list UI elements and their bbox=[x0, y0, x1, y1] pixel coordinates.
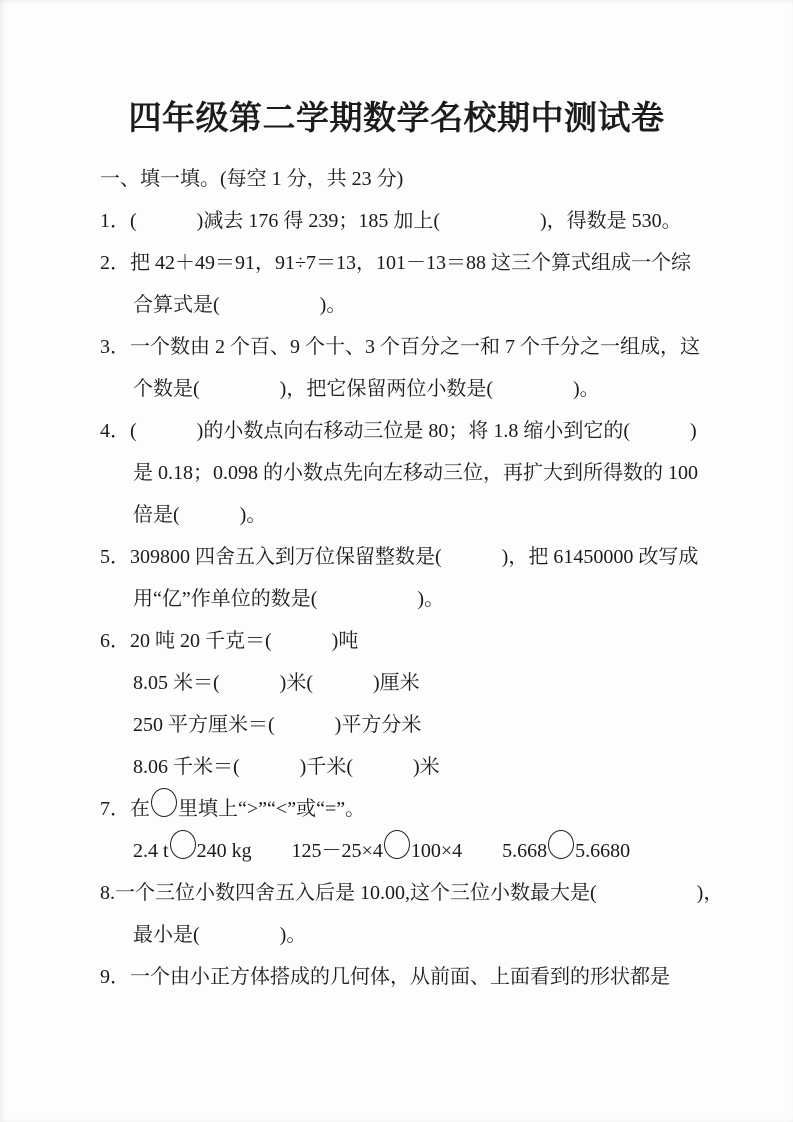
question-line: 2.4 t240 kg 125－25×4100×4 5.6685.6680 bbox=[100, 830, 705, 872]
comparison-circle bbox=[548, 830, 574, 859]
question-line: 用“亿”作单位的数是( )。 bbox=[100, 578, 705, 620]
question-line: 6．20 吨 20 千克＝( )吨 bbox=[100, 620, 705, 662]
question-line: 合算式是( )。 bbox=[100, 284, 705, 326]
question-line: 8.05 米＝( )米( )厘米 bbox=[100, 662, 705, 704]
section-heading: 一、填一填。(每空 1 分，共 23 分) bbox=[100, 158, 705, 200]
question-line: 个数是( )，把它保留两位小数是( )。 bbox=[100, 368, 705, 410]
question-4: 4．( )的小数点向右移动三位是 80；将 1.8 缩小到它的( )是 0.18… bbox=[100, 410, 705, 536]
question-line: 最小是( )。 bbox=[100, 914, 705, 956]
question-7: 7．在里填上“>”“<”或“=”。2.4 t240 kg 125－25×4100… bbox=[100, 788, 705, 872]
comparison-circle bbox=[384, 830, 410, 859]
question-line: 1．( )减去 176 得 239；185 加上( )，得数是 530。 bbox=[100, 200, 705, 242]
question-line: 7．在里填上“>”“<”或“=”。 bbox=[100, 788, 705, 830]
question-line: 8.06 千米＝( )千米( )米 bbox=[100, 746, 705, 788]
question-5: 5．309800 四舍五入到万位保留整数是( )，把 61450000 改写成用… bbox=[100, 536, 705, 620]
page-content: 一、填一填。(每空 1 分，共 23 分) 1．( )减去 176 得 239；… bbox=[100, 158, 705, 998]
question-line: 5．309800 四舍五入到万位保留整数是( )，把 61450000 改写成 bbox=[100, 536, 705, 578]
test-paper-page: 四年级第二学期数学名校期中测试卷 一、填一填。(每空 1 分，共 23 分) 1… bbox=[0, 0, 793, 1122]
comparison-circle bbox=[170, 830, 196, 859]
question-3: 3．一个数由 2 个百、9 个十、3 个百分之一和 7 个千分之一组成，这个数是… bbox=[100, 326, 705, 410]
question-line: 250 平方厘米＝( )平方分米 bbox=[100, 704, 705, 746]
question-line: 8.一个三位小数四舍五入后是 10.00,这个三位小数最大是( )， bbox=[100, 872, 705, 914]
question-line: 倍是( )。 bbox=[100, 494, 705, 536]
question-line: 3．一个数由 2 个百、9 个十、3 个百分之一和 7 个千分之一组成，这 bbox=[100, 326, 705, 368]
question-line: 2．把 42＋49＝91，91÷7＝13，101－13＝88 这三个算式组成一个… bbox=[100, 242, 705, 284]
question-line: 是 0.18；0.098 的小数点先向左移动三位，再扩大到所得数的 100 bbox=[100, 452, 705, 494]
question-line: 4．( )的小数点向右移动三位是 80；将 1.8 缩小到它的( ) bbox=[100, 410, 705, 452]
question-1: 1．( )减去 176 得 239；185 加上( )，得数是 530。 bbox=[100, 200, 705, 242]
comparison-circle bbox=[151, 788, 177, 817]
question-9: 9．一个由小正方体搭成的几何体，从前面、上面看到的形状都是 bbox=[100, 956, 705, 998]
question-line: 9．一个由小正方体搭成的几何体，从前面、上面看到的形状都是 bbox=[100, 956, 705, 998]
question-2: 2．把 42＋49＝91，91÷7＝13，101－13＝88 这三个算式组成一个… bbox=[100, 242, 705, 326]
page-title: 四年级第二学期数学名校期中测试卷 bbox=[0, 0, 793, 140]
question-8: 8.一个三位小数四舍五入后是 10.00,这个三位小数最大是( )，最小是( )… bbox=[100, 872, 705, 956]
questions: 1．( )减去 176 得 239；185 加上( )，得数是 530。2．把 … bbox=[100, 200, 705, 998]
question-6: 6．20 吨 20 千克＝( )吨8.05 米＝( )米( )厘米250 平方厘… bbox=[100, 620, 705, 788]
